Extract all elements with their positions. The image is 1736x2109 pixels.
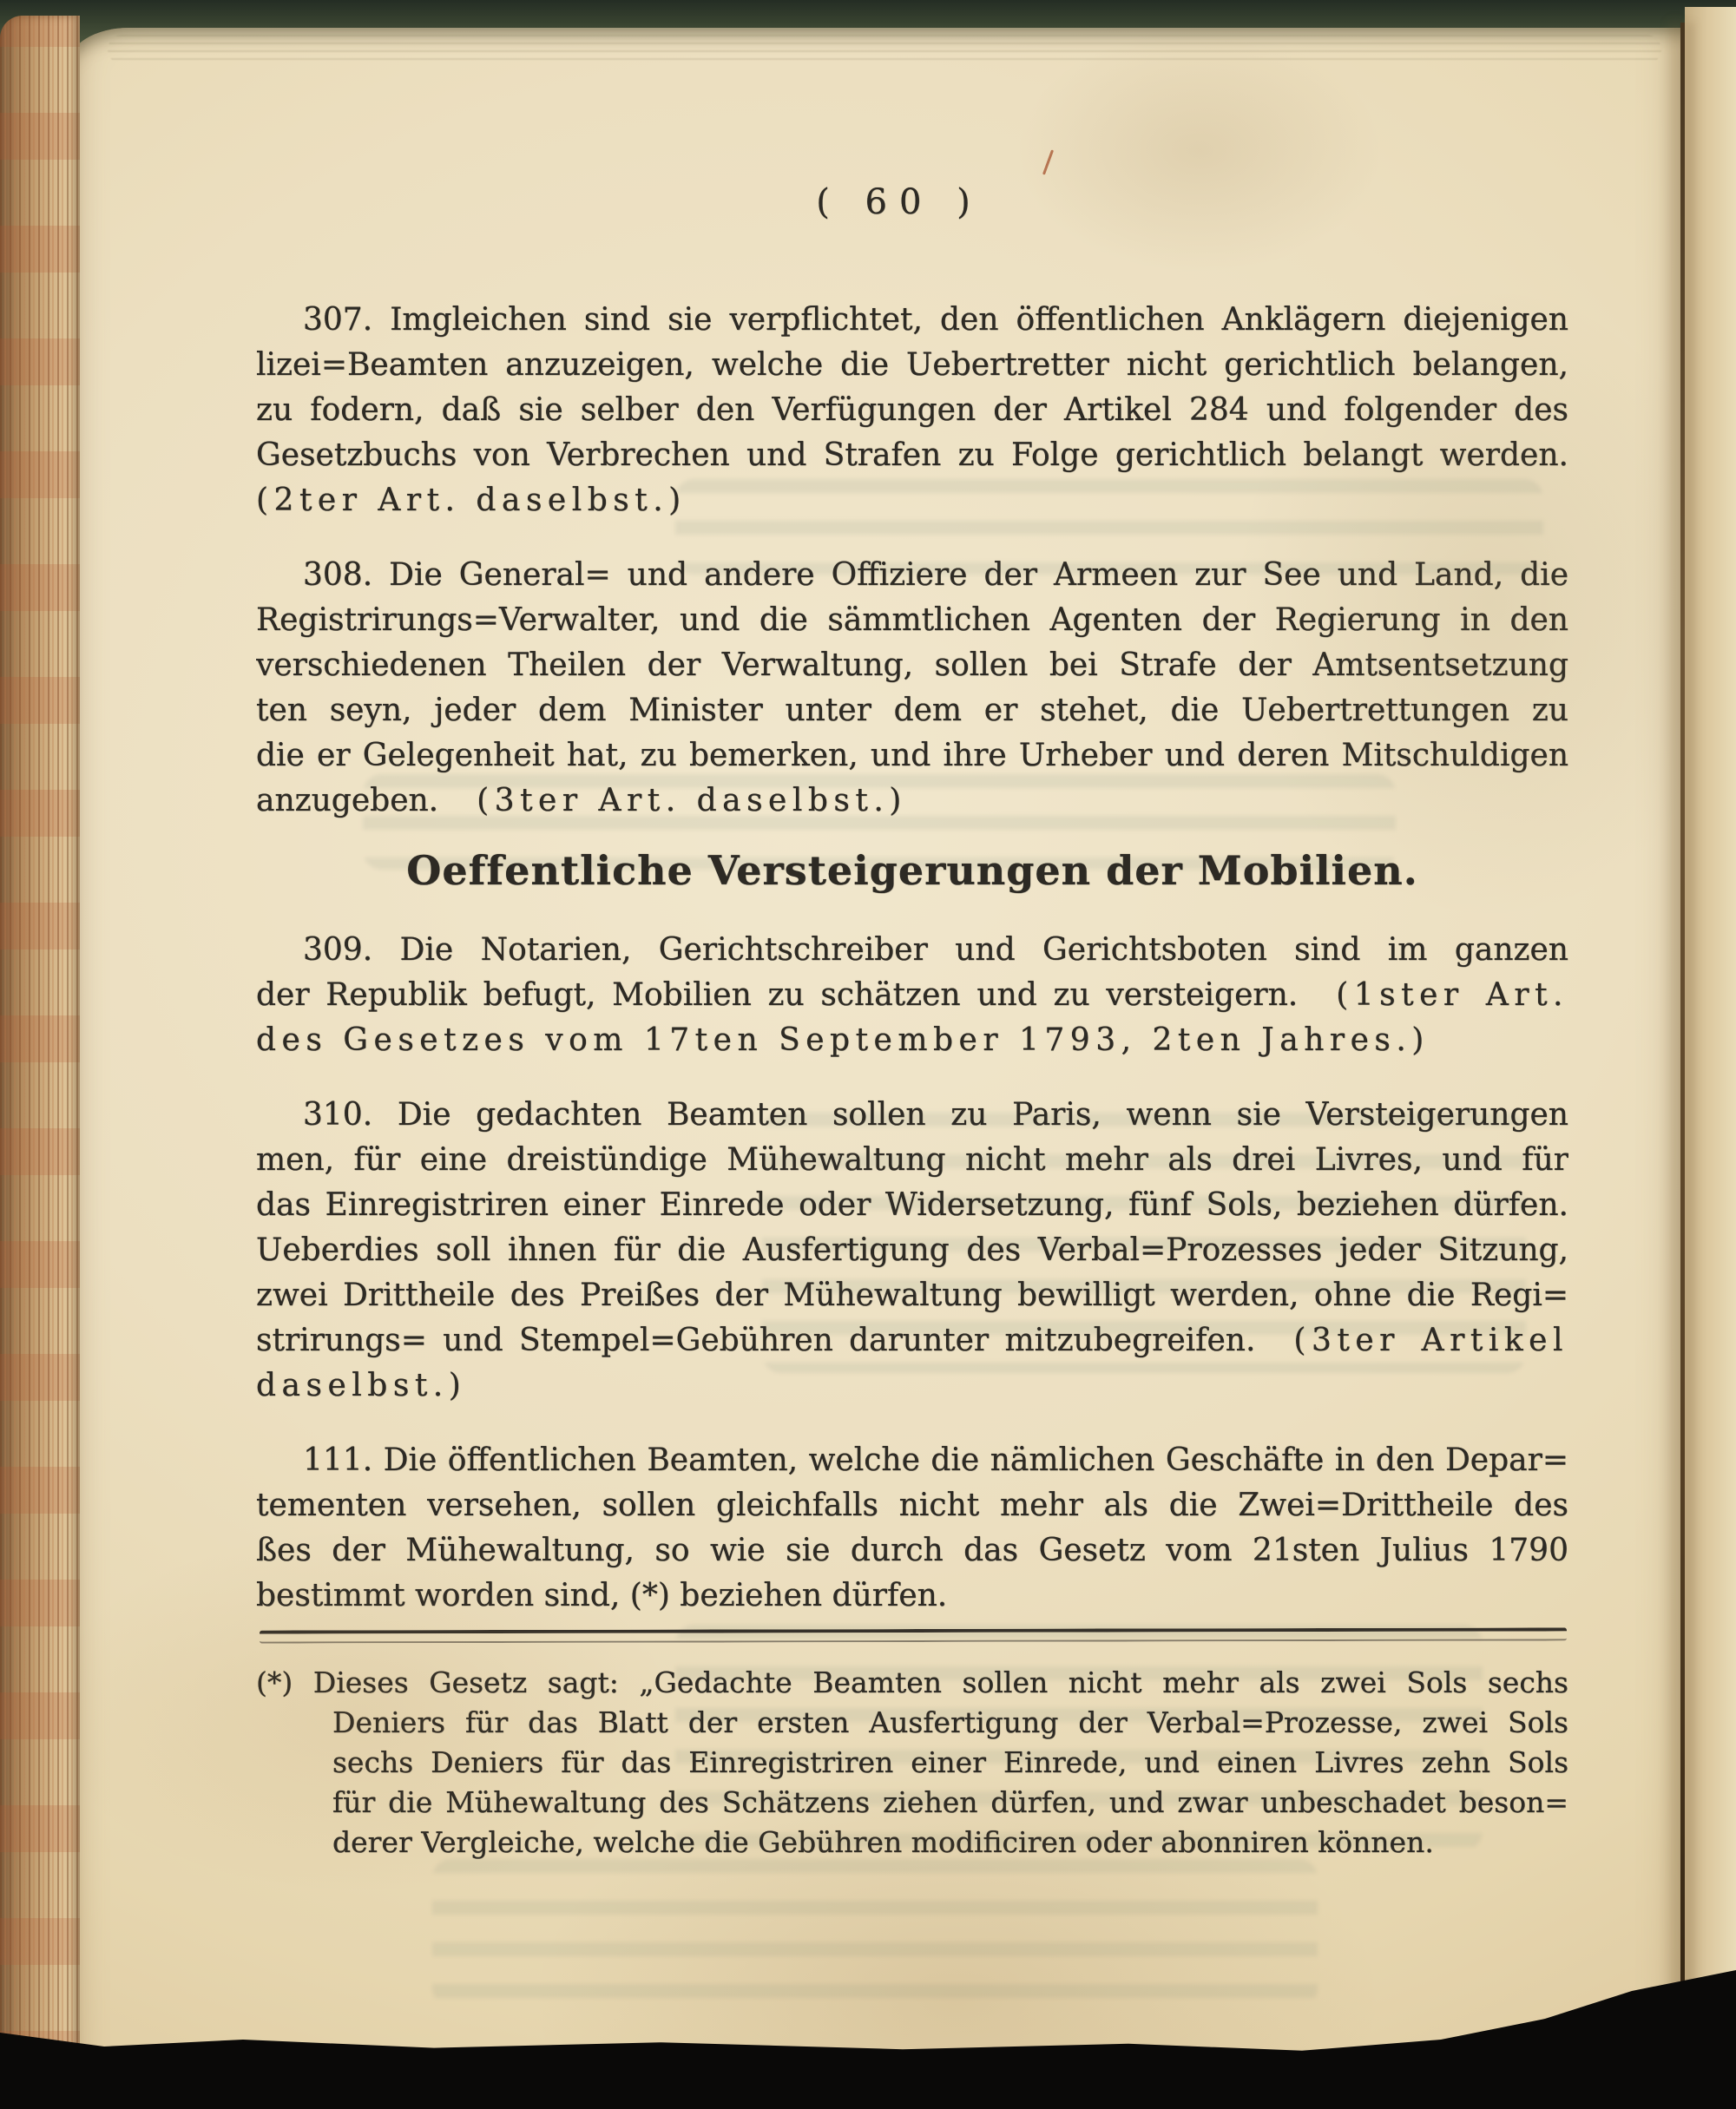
text-line: daselbst.)	[256, 1363, 1568, 1409]
footnote-rule	[260, 1627, 1567, 1643]
text-segment: strirungs= und Stempel=Gebühren darunter…	[256, 1323, 1255, 1358]
text-segment: daselbst.)	[256, 1368, 466, 1403]
text-segment: zwei Drittheile des Preißes der Mühewalt…	[256, 1278, 1568, 1313]
text-segment: (3ter Art. daselbst.)	[477, 783, 907, 818]
text-line: ßes der Mühewaltung, so wie sie durch da…	[256, 1528, 1568, 1574]
text-segment: sechs Deniers für das Einregistriren ein…	[332, 1745, 1568, 1779]
text-segment: für die Mühewaltung des Schätzens ziehen…	[332, 1785, 1568, 1819]
adjacent-page-sliver	[1685, 7, 1736, 2092]
text-segment: anzugeben.	[256, 783, 438, 818]
text-line: 307. Imgleichen sind sie verpflichtet, d…	[256, 298, 1568, 343]
text-segment: zu fodern, daß sie selber den Verfügunge…	[256, 392, 1568, 428]
text-line: Registrirungs=Verwalter, und die sämmtli…	[256, 598, 1568, 643]
text-line: ten seyn, jeder dem Minister unter dem e…	[256, 688, 1568, 733]
text-segment: der Republik befugt, Mobilien zu schätze…	[256, 977, 1298, 1013]
section-heading: Oeffentliche Versteigerungen der Mobilie…	[256, 843, 1568, 898]
text-line: Ueberdies soll ihnen für die Ausfertigun…	[256, 1228, 1568, 1273]
text-segment: men, für eine dreistündige Mühewaltung n…	[256, 1142, 1568, 1178]
article-310: 310. Die gedachten Beamten sollen zu Par…	[256, 1093, 1568, 1409]
text-segment: (3ter Artikel	[1293, 1323, 1568, 1358]
text-line: tementen versehen, sollen gleichfalls ni…	[256, 1483, 1568, 1528]
text-segment: Deniers für das Blatt der ersten Ausfert…	[332, 1705, 1568, 1739]
paper-fiber-stain	[1042, 149, 1054, 174]
text-segment: 310. Die gedachten Beamten sollen zu Par…	[256, 1097, 1568, 1138]
text-segment: 111. Die öffentlichen Beamten, welche di…	[303, 1442, 1568, 1478]
text-segment: lizei=Beamten anzuzeigen, welche die Ueb…	[256, 347, 1568, 388]
text-line: anzugeben.(3ter Art. daselbst.)	[256, 779, 1568, 824]
text-segment: verschiedenen Theilen der Verwaltung, so…	[256, 647, 1568, 688]
text-line: (2ter Art. daselbst.)	[256, 478, 1568, 523]
text-line: 310. Die gedachten Beamten sollen zu Par…	[256, 1093, 1568, 1138]
book-page: ( 60 ) 307. Imgleichen sind sie verpflic…	[68, 28, 1684, 2081]
book-scan: ( 60 ) 307. Imgleichen sind sie verpflic…	[0, 0, 1736, 2109]
text-line: men, für eine dreistündige Mühewaltung n…	[256, 1138, 1568, 1183]
article-111: 111. Die öffentlichen Beamten, welche di…	[256, 1438, 1568, 1619]
text-segment: tementen versehen, sollen gleichfalls ni…	[256, 1488, 1568, 1528]
text-line: Gesetzbuchs von Verbrechen und Strafen z…	[256, 433, 1568, 478]
page-stack-fore-edge	[0, 16, 80, 2078]
article-309: 309. Die Notarien, Gerichtschreiber und …	[256, 928, 1568, 1063]
text-flow: ( 60 ) 307. Imgleichen sind sie verpflic…	[256, 178, 1568, 1863]
text-segment: ßes der Mühewaltung, so wie sie durch da…	[256, 1533, 1568, 1568]
text-line: strirungs= und Stempel=Gebühren darunter…	[256, 1318, 1568, 1363]
article-308: 308. Die General= und andere Offiziere d…	[256, 553, 1568, 824]
text-line: verschiedenen Theilen der Verwaltung, so…	[256, 643, 1568, 688]
text-segment: des Gesetzes vom 17ten September 1793, 2…	[256, 1022, 1430, 1058]
text-segment: 309. Die Notarien, Gerichtschreiber und …	[256, 932, 1568, 973]
text-segment: Gesetzbuchs von Verbrechen und Strafen z…	[256, 437, 1568, 473]
text-line: 308. Die General= und andere Offiziere d…	[256, 553, 1568, 598]
text-line: der Republik befugt, Mobilien zu schätze…	[256, 973, 1568, 1018]
text-segment: 308. Die General= und andere Offiziere d…	[303, 557, 1568, 593]
text-line: sechs Deniers für das Einregistriren ein…	[256, 1743, 1568, 1783]
text-segment: Ueberdies soll ihnen für die Ausfertigun…	[256, 1232, 1568, 1268]
article-307: 307. Imgleichen sind sie verpflichtet, d…	[256, 298, 1568, 523]
text-segment: (2ter Art. daselbst.)	[256, 483, 687, 518]
text-line: zu fodern, daß sie selber den Verfügunge…	[256, 388, 1568, 433]
footnote: (*) Dieses Gesetz sagt: „Gedachte Beamte…	[256, 1663, 1568, 1863]
text-line: 111. Die öffentlichen Beamten, welche di…	[256, 1438, 1568, 1483]
text-segment: ten seyn, jeder dem Minister unter dem e…	[256, 693, 1568, 733]
text-segment: 307. Imgleichen sind sie verpflichtet, d…	[256, 302, 1568, 343]
text-line: für die Mühewaltung des Schätzens ziehen…	[256, 1783, 1568, 1823]
gutter-crease	[1680, 23, 1685, 2079]
text-segment: das Einregistriren einer Einrede oder Wi…	[256, 1187, 1568, 1223]
text-line: des Gesetzes vom 17ten September 1793, 2…	[256, 1018, 1568, 1063]
text-line: die er Gelegenheit hat, zu bemerken, und…	[256, 733, 1568, 779]
text-segment: bestimmt worden sind, (*) beziehen dürfe…	[256, 1578, 947, 1613]
text-segment: die er Gelegenheit hat, zu bemerken, und…	[256, 738, 1568, 773]
text-segment: (1ster Art.	[1336, 977, 1568, 1013]
text-segment: derer Vergleiche, welche die Gebühren mo…	[332, 1825, 1434, 1859]
page-number: ( 60 )	[256, 178, 1568, 227]
text-line: (*) Dieses Gesetz sagt: „Gedachte Beamte…	[256, 1663, 1568, 1703]
text-segment: Registrirungs=Verwalter, und die sämmtli…	[256, 602, 1568, 638]
text-line: das Einregistriren einer Einrede oder Wi…	[256, 1183, 1568, 1228]
text-line: zwei Drittheile des Preißes der Mühewalt…	[256, 1273, 1568, 1318]
ink-bleedthrough	[432, 1859, 1318, 2007]
text-line: derer Vergleiche, welche die Gebühren mo…	[256, 1823, 1568, 1863]
text-segment: (*) Dieses Gesetz sagt: „Gedachte Beamte…	[256, 1666, 1568, 1699]
text-line: 309. Die Notarien, Gerichtschreiber und …	[256, 928, 1568, 973]
text-line: bestimmt worden sind, (*) beziehen dürfe…	[256, 1574, 1568, 1619]
text-line: Deniers für das Blatt der ersten Ausfert…	[256, 1703, 1568, 1743]
text-line: lizei=Beamten anzuzeigen, welche die Ueb…	[256, 343, 1568, 388]
